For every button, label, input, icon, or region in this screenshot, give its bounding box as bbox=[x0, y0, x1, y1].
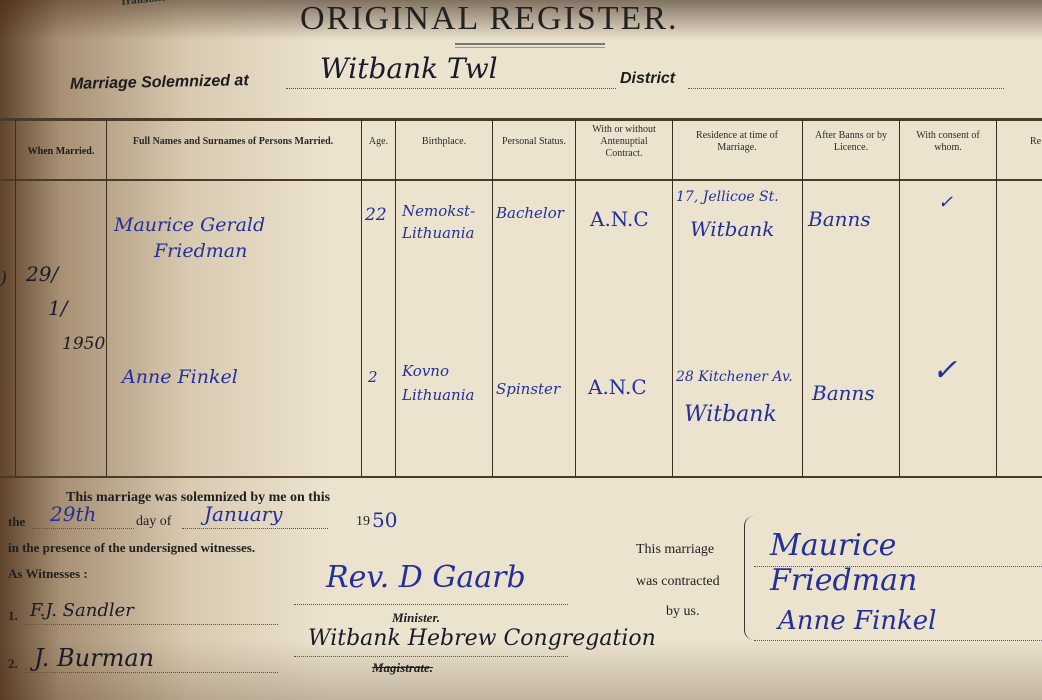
groom-birthplace-line2: Lithuania bbox=[402, 222, 474, 244]
register-page: Transmit the duplicate ORIGINAL REGISTER… bbox=[0, 0, 1042, 700]
solemnized-at-label: Marriage Solemnized at bbox=[70, 72, 249, 94]
column-divider bbox=[802, 120, 803, 476]
header-personal-status: Personal Status. bbox=[493, 136, 575, 148]
declaration-line3: in the presence of the undersigned witne… bbox=[8, 540, 255, 556]
groom-banns: Banns bbox=[808, 208, 871, 230]
groom-name-line1: Maurice Gerald bbox=[114, 214, 265, 236]
declaration-year-value: 50 bbox=[372, 508, 397, 532]
bride-residence-line1: 28 Kitchener Av. bbox=[676, 366, 793, 388]
declaration-day-value: 29th bbox=[50, 502, 96, 526]
solemnized-at-value: Witbank Twl bbox=[320, 52, 498, 85]
declaration-year-prefix: 19 bbox=[356, 514, 370, 530]
solemnized-at-dotted-line bbox=[286, 88, 616, 89]
header-bottom-rule bbox=[0, 179, 1042, 181]
declaration-day-of-label: day of bbox=[136, 514, 171, 530]
witness-2-signature: J. Burman bbox=[34, 644, 154, 672]
contract-line1: This marriage bbox=[636, 542, 714, 558]
table-bottom-rule bbox=[0, 476, 1042, 478]
contract-line3: by us. bbox=[666, 604, 699, 620]
header-age: Age. bbox=[362, 136, 395, 148]
magistrate-label: Magistrate. bbox=[372, 660, 433, 676]
month-dotted-line bbox=[182, 528, 328, 529]
magistrate-dotted-line bbox=[294, 656, 568, 657]
contract-line2: was contracted bbox=[636, 574, 720, 590]
groom-name-line2: Friedman bbox=[154, 240, 247, 262]
header-residence: Residence at time of Marriage. bbox=[690, 130, 784, 154]
when-married-month: 1/ bbox=[48, 296, 67, 320]
congregation-signature: Witbank Hebrew Congregation bbox=[308, 626, 656, 651]
header-when-married: When Married. bbox=[18, 146, 104, 158]
header-full-names: Full Names and Surnames of Persons Marri… bbox=[108, 136, 358, 148]
bride-consent-check-icon: ✓ bbox=[932, 360, 957, 382]
corner-text: Transmit the duplicate bbox=[120, 0, 236, 8]
bride-status: Spinster bbox=[496, 378, 560, 400]
when-married-day: 29/ bbox=[26, 262, 58, 286]
header-banns-licence: After Banns or by Licence. bbox=[806, 130, 896, 154]
contract-brace bbox=[744, 516, 759, 640]
witnesses-label: As Witnesses : bbox=[8, 566, 88, 582]
minister-dotted-line bbox=[294, 604, 568, 605]
groom-age: 22 bbox=[365, 204, 387, 226]
witness-1-number: 1. bbox=[8, 608, 18, 624]
header-antenuptial-contract: With or without Antenuptial Contract. bbox=[582, 124, 666, 160]
bride-residence-line2: Witbank bbox=[684, 404, 777, 426]
declaration-the-label: the bbox=[8, 514, 25, 530]
bride-banns: Banns bbox=[812, 382, 875, 404]
day-dotted-line bbox=[32, 528, 134, 529]
district-label: District bbox=[620, 70, 675, 88]
left-margin-mark: ) bbox=[0, 268, 7, 289]
column-divider bbox=[395, 120, 396, 476]
witness-1-dotted-line bbox=[24, 624, 278, 625]
page-title: ORIGINAL REGISTER. bbox=[300, 0, 679, 38]
bride-birthplace-line1: Kovno bbox=[402, 360, 449, 382]
title-rule bbox=[455, 43, 605, 48]
header-birthplace: Birthplace. bbox=[396, 136, 492, 148]
column-divider bbox=[672, 120, 673, 476]
groom-status: Bachelor bbox=[496, 202, 564, 224]
groom-residence-line1: 17, Jellicoe St. bbox=[676, 186, 779, 208]
when-married-year: 1950 bbox=[62, 334, 105, 354]
witness-2-dotted-line bbox=[24, 672, 278, 673]
declaration-line1: This marriage was solemnized by me on th… bbox=[66, 490, 330, 506]
district-dotted-line bbox=[688, 88, 1004, 89]
declaration-month-value: January bbox=[204, 502, 283, 526]
groom-residence-line2: Witbank bbox=[690, 218, 774, 240]
groom-contract: A.N.C bbox=[590, 208, 649, 230]
bride-signature: Anne Finkel bbox=[778, 606, 936, 636]
witness-1-signature: F.J. Sandler bbox=[30, 600, 134, 621]
table-top-rule bbox=[0, 118, 1042, 121]
bride-birthplace-line2: Lithuania bbox=[402, 384, 474, 406]
header-consent: With consent of whom. bbox=[903, 130, 993, 154]
minister-label: Minister. bbox=[392, 610, 440, 626]
bride-signature-dotted-line bbox=[754, 640, 1042, 641]
column-divider bbox=[361, 120, 362, 476]
column-divider bbox=[575, 120, 576, 476]
column-divider bbox=[492, 120, 493, 476]
column-divider bbox=[899, 120, 900, 476]
bride-age: 2 bbox=[368, 366, 378, 388]
column-divider bbox=[106, 120, 107, 476]
header-remarks: Re bbox=[1030, 136, 1042, 148]
bride-contract: A.N.C bbox=[588, 376, 647, 398]
column-divider bbox=[996, 120, 997, 476]
minister-signature: Rev. D Gaarb bbox=[326, 560, 526, 595]
witness-2-number: 2. bbox=[8, 656, 18, 672]
groom-signature: Maurice Friedman bbox=[770, 528, 1042, 598]
bride-name: Anne Finkel bbox=[122, 366, 238, 388]
groom-consent-check-icon: ✓ bbox=[938, 192, 953, 214]
column-divider bbox=[15, 120, 16, 476]
groom-birthplace-line1: Nemokst- bbox=[402, 200, 475, 222]
